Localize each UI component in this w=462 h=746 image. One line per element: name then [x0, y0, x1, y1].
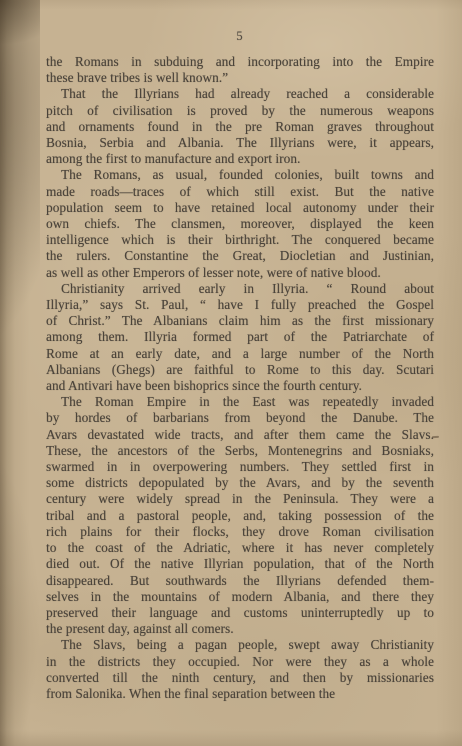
text-line: Illyria,” says St. Paul, “ have I fully … [46, 297, 434, 313]
paragraph: the Romans in subduing and incorporating… [46, 54, 434, 86]
text-line: and ornaments found in the pre Roman gra… [46, 119, 434, 135]
text-line: in the districts they occupied. Nor were… [46, 654, 434, 670]
text-line: tribal and a pastoral people, and, takin… [46, 508, 434, 524]
text-line: Avars devastated wide tracts, and after … [46, 427, 434, 443]
text-line: The Slavs, being a pagan people, swept a… [46, 637, 434, 653]
text-line: by hordes of barbarians from beyond the … [46, 410, 434, 426]
text-line: some districts depopulated by the Avars,… [46, 475, 434, 491]
page-number: 5 [46, 29, 434, 44]
paragraph: The Slavs, being a pagan people, swept a… [46, 637, 434, 702]
text-line: Albanians (Ghegs) are faithful to Rome t… [46, 362, 434, 378]
paragraph: That the Illyrians had already reached a… [46, 86, 434, 167]
text-line: rich plains for their flocks, they drove… [46, 524, 434, 540]
book-page: 5 the Romans in subduing and incorporati… [0, 0, 462, 746]
text-line: died out. Of the native Illyrian populat… [46, 556, 434, 572]
text-line: century were widely spread in the Penins… [46, 491, 434, 507]
text-line: made roads—traces of which still exist. … [46, 184, 434, 200]
text-line: These, the ancestors of the Serbs, Monte… [46, 443, 434, 459]
text-line: among them. Illyria formed part of the P… [46, 329, 434, 345]
text-line: intelligence which is their birthright. … [46, 232, 434, 248]
text-line: among the first to manufacture and expor… [46, 151, 434, 167]
paragraph: Christianity arrived early in Illyria. “… [46, 281, 434, 394]
gutter-shadow [0, 0, 40, 746]
paragraph: The Romans, as usual, founded colonies, … [46, 167, 434, 280]
text-line: swarmed in in overpowering numbers. They… [46, 459, 434, 475]
text-line: as well as other Emperors of lesser note… [46, 265, 434, 281]
text-line: own chiefs. The clansmen, moreover, disp… [46, 216, 434, 232]
text-line: Rome at an early date, and a large numbe… [46, 346, 434, 362]
text-line: converted till the ninth century, and th… [46, 670, 434, 686]
text-line: the rulers. Constantine the Great, Diocl… [46, 248, 434, 264]
text-line: the present day, against all comers. [46, 621, 434, 637]
text-line: The Roman Empire in the East was repeate… [46, 394, 434, 410]
text-line: of Christ.” The Albanians claim him as t… [46, 313, 434, 329]
text-line: disappeared. But southwards the Illyrian… [46, 573, 434, 589]
text-line: from Salonika. When the final separation… [46, 686, 434, 702]
text-line: Christianity arrived early in Illyria. “… [46, 281, 434, 297]
text-line: The Romans, as usual, founded colonies, … [46, 167, 434, 183]
text-block: the Romans in subduing and incorporating… [46, 54, 434, 702]
text-line: That the Illyrians had already reached a… [46, 86, 434, 102]
text-line: selves in the mountains of modern Albani… [46, 589, 434, 605]
text-line: preserved their language and customs uni… [46, 605, 434, 621]
text-line: and Antivari have been bishoprics since … [46, 378, 434, 394]
paragraph: The Roman Empire in the East was repeate… [46, 394, 434, 637]
text-line: Bosnia, Serbia and Albania. The Illyrian… [46, 135, 434, 151]
text-line: to the coast of the Adriatic, where it h… [46, 540, 434, 556]
stray-mark [432, 436, 439, 438]
text-line: these brave tribes is well known.” [46, 70, 434, 86]
text-line: the Romans in subduing and incorporating… [46, 54, 434, 70]
text-line: population seem to have retained local a… [46, 200, 434, 216]
text-line: pitch of civilisation is proved by the n… [46, 103, 434, 119]
